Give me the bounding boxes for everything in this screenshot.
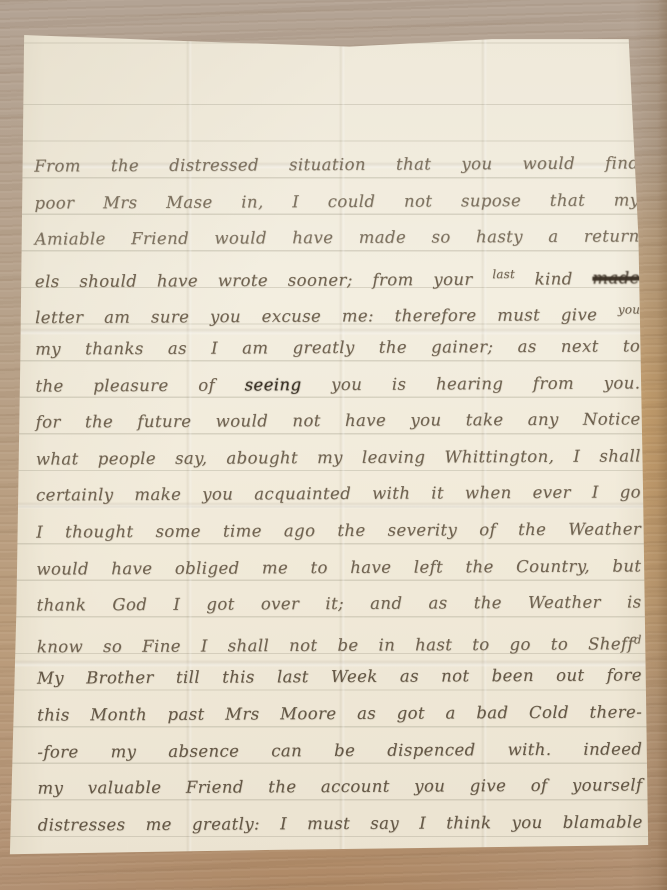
superscript-abbreviation: d xyxy=(634,632,642,646)
letter-line: my valuable Friend the account you give … xyxy=(37,768,642,808)
letter-line: I thought some time ago the severity of … xyxy=(36,511,641,551)
line-text: you is hearing from you. xyxy=(331,373,640,394)
letter-line: my thanks as I am greatly the gainer; as… xyxy=(35,328,640,368)
letter-line-with-blot: the pleasure of seeing you is hearing fr… xyxy=(35,365,640,405)
letter-line: this Month past Mrs Moore as got a bad C… xyxy=(37,694,642,734)
line-text: letter am sure you excuse me: therefore … xyxy=(35,306,597,328)
wooden-table-background: From the distressed situation that you w… xyxy=(0,0,667,890)
blotted-word: seeing xyxy=(245,375,302,394)
letter-line: poor Mrs Mase in, I could not supose tha… xyxy=(34,182,639,222)
line-text: els should have wrote sooner; from your xyxy=(35,270,473,291)
crossed-out-word: made xyxy=(592,269,640,288)
letter-line: thank God I got over it; and as the Weat… xyxy=(36,585,641,625)
letter-line: -fore my absence can be dispenced with. … xyxy=(37,731,642,771)
letter-paper: From the distressed situation that you w… xyxy=(6,30,654,860)
letter-line: Amiable Friend would have made so hasty … xyxy=(35,219,640,259)
letter-line: for the future would not have you take a… xyxy=(36,402,641,442)
letter-line: what people say, abought my leaving Whit… xyxy=(36,438,641,478)
letter-line-with-superscript: know so Fine I shall not be in hast to g… xyxy=(37,621,642,661)
letter-body: From the distressed situation that you w… xyxy=(34,145,643,843)
inserted-word: you xyxy=(618,303,640,317)
letter-line: My Brother till this last Week as not be… xyxy=(37,658,642,698)
letter-line-with-insertion: letter am sure you excuse me: therefore … xyxy=(35,292,640,332)
letter-line-with-insertion: els should have wrote sooner; from your … xyxy=(35,255,640,295)
letter-line: certainly make you acquainted with it wh… xyxy=(36,475,641,515)
line-text: kind xyxy=(535,269,573,288)
line-text: the pleasure of xyxy=(35,375,215,395)
letter-line: From the distressed situation that you w… xyxy=(34,145,639,185)
inserted-word: last xyxy=(492,267,515,281)
letter-line: distresses me greatly: I must say I thin… xyxy=(38,804,643,844)
line-text: know so Fine I shall not be in hast to g… xyxy=(37,634,634,656)
letter-line: would have obliged me to have left the C… xyxy=(36,548,641,588)
